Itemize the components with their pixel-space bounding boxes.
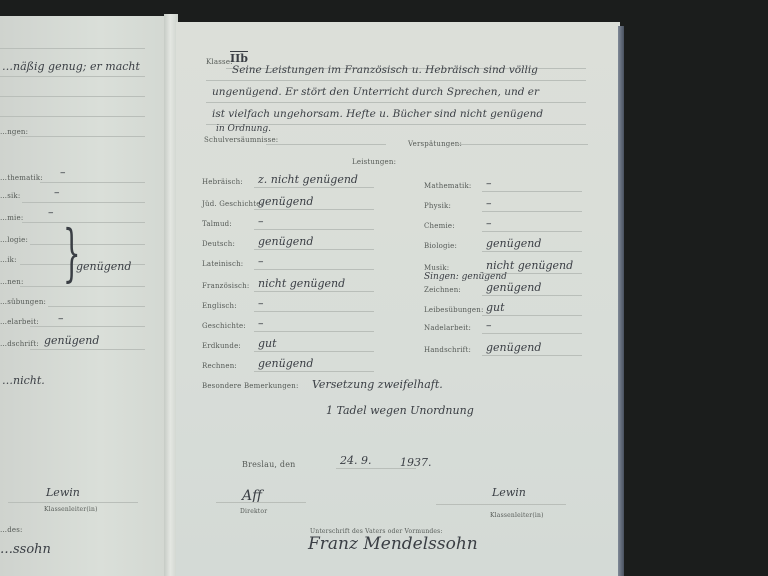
rule	[254, 187, 374, 188]
subject-grade: –	[486, 177, 492, 190]
left-value: –	[58, 312, 64, 325]
special-remark: 1 Tadel wegen Unordnung	[326, 404, 474, 417]
rule	[22, 222, 145, 223]
rule	[0, 76, 145, 77]
subject-grade: –	[258, 317, 264, 330]
rule	[482, 251, 582, 252]
rule	[482, 231, 582, 232]
subject-grade: genügend	[258, 195, 313, 208]
subject-grade: nicht genügend	[258, 277, 345, 290]
subject-label: Mathematik:	[424, 182, 471, 190]
special-remarks-label: Besondere Bemerkungen:	[202, 382, 299, 390]
left-signature: Lewin	[46, 486, 80, 499]
left-label: …ngen:	[0, 128, 28, 136]
school-absence-label: Schulversäumnisse:	[204, 136, 278, 144]
rule	[254, 291, 374, 292]
subject-label: Chemie:	[424, 222, 455, 230]
subject-grade: –	[258, 215, 264, 228]
performance-heading: Leistungen:	[352, 158, 396, 166]
rule	[30, 349, 145, 350]
right-page: Klasse: IIb Seine Leistungen im Französi…	[176, 22, 620, 576]
subject-label: Englisch:	[202, 302, 237, 310]
rule	[254, 371, 374, 372]
subject-grade: genügend	[486, 281, 541, 294]
subject-label: Französisch:	[202, 282, 249, 290]
rule	[254, 229, 374, 230]
parent-signature: Franz Mendelssohn	[308, 534, 478, 554]
late-label: Verspätungen:	[408, 140, 462, 148]
left-value: –	[60, 166, 66, 179]
place-label: Breslau, den	[242, 460, 296, 469]
subject-label: Geschichte:	[202, 322, 246, 330]
subject-grade: genügend	[486, 341, 541, 354]
remarks-line: Seine Leistungen im Französisch u. Hebrä…	[232, 64, 538, 76]
remarks-line: ungenügend. Er stört den Unterricht durc…	[212, 86, 539, 98]
teacher-label: Klassenleiter(in)	[490, 512, 544, 519]
book-cover-edge	[618, 26, 624, 576]
subject-grade: gut	[486, 301, 505, 314]
rule	[30, 326, 145, 327]
year-value: 1937.	[400, 456, 432, 469]
subject-grade: genügend	[486, 237, 541, 250]
rule	[254, 209, 374, 210]
rule	[266, 144, 386, 145]
subject-label: Talmud:	[202, 220, 232, 228]
brace-value: genügend	[76, 260, 131, 273]
subject-label: Musik:	[424, 264, 449, 272]
rule	[458, 144, 588, 145]
rule	[206, 102, 586, 103]
rule	[254, 331, 374, 332]
left-label: …thematik:	[0, 174, 43, 182]
left-label: …logie:	[0, 236, 28, 244]
subject-grade: gut	[258, 337, 277, 350]
left-partial-signature: …ssohn	[0, 542, 51, 557]
rule	[482, 333, 582, 334]
rule	[48, 306, 145, 307]
subject-label: Leibesübungen:	[424, 306, 484, 314]
left-bottom-text: …nicht.	[2, 374, 45, 387]
subject-label: Nadelarbeit:	[424, 324, 471, 332]
signature-line	[216, 502, 306, 503]
teacher-signature: Lewin	[492, 486, 526, 499]
left-label: …elarbeit:	[0, 318, 39, 326]
rule	[40, 182, 145, 183]
subject-extra-note: Singen: genügend	[424, 272, 507, 282]
left-label: …mie:	[0, 214, 23, 222]
rule	[30, 244, 145, 245]
left-label: …ik:	[0, 256, 17, 264]
left-label: …nen:	[0, 278, 24, 286]
subject-grade: –	[486, 319, 492, 332]
director-label: Direktor	[240, 508, 267, 515]
left-value: –	[54, 186, 60, 199]
subject-grade: genügend	[258, 357, 313, 370]
left-signature-label: Klassenleiter(in)	[44, 506, 98, 513]
subject-label: Erdkunde:	[202, 342, 241, 350]
class-label: Klasse:	[206, 58, 233, 66]
subject-label: Handschrift:	[424, 346, 471, 354]
remarks-line: ist vielfach ungehorsam. Hefte u. Bücher…	[212, 108, 543, 120]
rule	[482, 191, 582, 192]
subject-grade: –	[486, 217, 492, 230]
rule	[482, 315, 582, 316]
brace: }	[63, 222, 81, 284]
subject-label: Lateinisch:	[202, 260, 243, 268]
left-page: …näßig genug; er macht …ngen: …thematik:…	[0, 16, 168, 576]
rule	[482, 211, 582, 212]
rule	[206, 80, 586, 81]
rule	[0, 48, 145, 49]
subject-grade: –	[258, 297, 264, 310]
rule	[0, 116, 145, 117]
subject-grade: –	[486, 197, 492, 210]
rule	[482, 355, 582, 356]
left-value: –	[48, 206, 54, 219]
signature-line	[8, 502, 138, 503]
rule	[254, 269, 374, 270]
remarks-line: in Ordnung.	[216, 124, 271, 134]
left-label: …sübungen:	[0, 298, 46, 306]
subject-label: Hebräisch:	[202, 178, 243, 186]
left-value: genügend	[44, 334, 99, 347]
subject-grade: –	[258, 255, 264, 268]
rule	[482, 295, 582, 296]
subject-grade: z. nicht genügend	[258, 173, 358, 186]
signature-line	[436, 504, 566, 505]
left-label: …sik:	[0, 192, 20, 200]
rule	[22, 202, 145, 203]
rule	[20, 136, 145, 137]
subject-label: Rechnen:	[202, 362, 237, 370]
rule	[254, 311, 374, 312]
subject-label: Deutsch:	[202, 240, 235, 248]
special-remark: Versetzung zweifelhaft.	[312, 378, 443, 391]
subject-label: Jüd. Geschichte:	[202, 200, 263, 208]
rule	[0, 96, 145, 97]
left-partial-label: …des:	[0, 526, 23, 534]
rule	[20, 286, 145, 287]
subject-grade: nicht genügend	[486, 259, 573, 272]
rule	[254, 351, 374, 352]
left-label: …dschrift:	[0, 340, 39, 348]
left-top-text: …näßig genug; er macht	[2, 60, 140, 73]
rule	[254, 249, 374, 250]
subject-label: Zeichnen:	[424, 286, 461, 294]
date-value: 24. 9.	[340, 454, 372, 467]
subject-grade: genügend	[258, 235, 313, 248]
subject-label: Physik:	[424, 202, 451, 210]
subject-label: Biologie:	[424, 242, 457, 250]
